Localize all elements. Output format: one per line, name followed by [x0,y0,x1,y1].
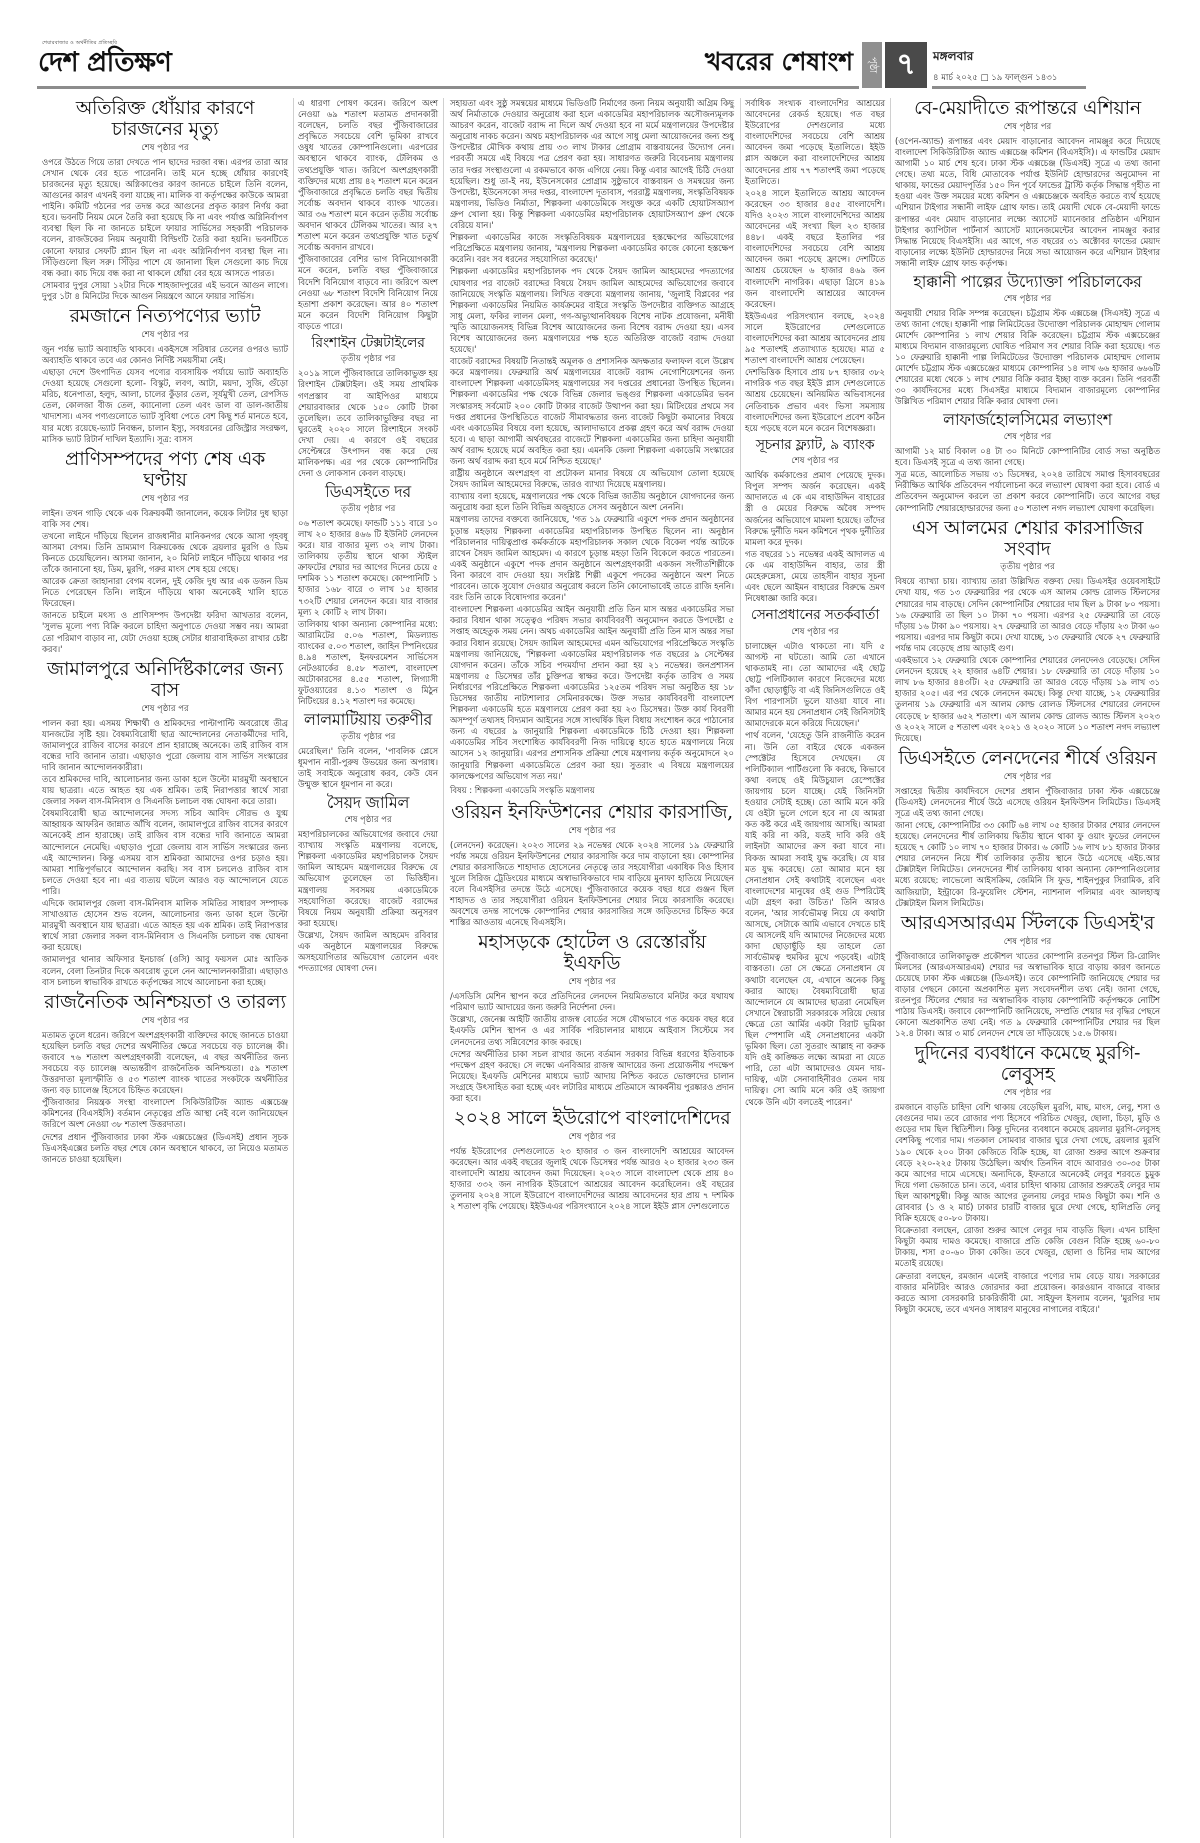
paragraph: মহাপরিচালকের অভিযোগের জবাবে দেয়া ব্যাখ্… [298,829,438,929]
paragraph: তখনো লাইনে দাঁড়িয়ে ছিলেন রাজধানীর মানি… [42,531,288,575]
article-body: বিষয়ে ব্যাখ্যা চায়। ব্যাখ্যায় তারা উল… [895,576,1160,743]
article-suchona-flat[interactable]: সূচনার ফ্ল্যাট, ৯ ব্যাংক শেষ পৃষ্ঠার পর … [745,438,885,605]
article-dse-top-orion[interactable]: ডিএসইতে লেনদেনের শীর্ষে ওরিয়ন শেষ পৃষ্ঠ… [895,748,1160,909]
jump-line: শেষ পৃষ্ঠার পর [450,975,734,989]
paragraph: জানা গেছে, কোম্পানিটির ৩৩ কোটি ৬৪ লাখ ০৫… [895,820,1160,909]
jump-line: শেষ পৃষ্ঠার পর [895,770,1160,784]
article-body: লাইন। তখন গাড়ি থেকে এক বিক্রয়কর্মী জান… [42,508,288,655]
article-body: পুঁজিবাজারে তালিকাভুক্ত প্রকৌশল খাতের কো… [895,951,1160,1040]
article-body: রমজানে বাড়তি চাহিদা বেশি থাকায় বেড়েছি… [895,1102,1160,1315]
paragraph: ইইউএএর পরিসংখ্যান বলছে, ২০২৪ সালে ইউরোপে… [745,311,885,366]
paragraph: চালাচ্ছেন এটাও থাকতো না। যদি ৫ আগস্ট না … [745,641,885,730]
paragraph: (লেনদেন) করেছেন। ২০২৩ সালের ২৯ নভেম্বর থ… [450,840,734,929]
headline[interactable]: ২০২৪ সালে ইউরোপে বাংলাদেশিদের [450,1108,734,1129]
headline[interactable]: সূচনার ফ্ল্যাট, ৯ ব্যাংক [745,438,885,453]
headline[interactable]: প্রাণিসম্পদের পণ্য শেষ এক ঘণ্টায় [42,449,288,491]
paragraph: সহায়তা এবং সুষ্ঠু সমন্বয়ের মাধ্যমে ভিড… [450,98,734,231]
dateline: মঙ্গলবার ৪ মার্চ ২০২৫ □ ১৯ ফাল্গুন ১৪৩১ [933,48,1057,85]
article-orion-manipulation[interactable]: ওরিয়ন ইনফিউশনের শেয়ার কারসাজি, শেষ পৃষ… [450,802,734,929]
jump-line: শেষ পৃষ্ঠার পর [745,625,885,639]
headline[interactable]: দুদিনের ব্যবধানে কমেছে মুরগি-লেবুসহ [895,1043,1160,1085]
article-ramadan-vat[interactable]: রমজানে নিত্যপণ্যের ভ্যাট শেষ পৃষ্ঠার পর … [42,306,288,445]
article-europe-asylum[interactable]: ২০২৪ সালে ইউরোপে বাংলাদেশিদের শেষ পৃষ্ঠা… [450,1108,734,1212]
article-body: অনুযায়ী শেয়ার বিক্রি সম্পন্ন করেছেন। চ… [895,308,1160,408]
article-political-uncertainty[interactable]: রাজনৈতিক অনিশ্চয়তা ও তারল্য শেষ পৃষ্ঠার… [42,992,288,1165]
article-body: আর্থিক কর্মকাণ্ডের প্রমাণ পেয়েছে দুদক। … [745,470,885,604]
jump-line: শেষ পৃষ্ঠার পর [895,292,1160,306]
paragraph: উল্লেখ্য, জেনেক্স আইটি জাতীয় রাজস্ব বোর… [450,1014,734,1047]
paragraph: এছাড়া দেশে উৎপাদিত যেসব পণ্যের ব্যবসায়… [42,367,288,445]
paragraph: ২০১৯ সালে পুঁজিবাজারে তালিকাভুক্ত হয় রি… [298,368,438,479]
subject-line: বিষয় : শিল্পকলা একাডেমি সংস্কৃতি মন্ত্র… [450,784,734,798]
article-rsrm-steel[interactable]: আরএসআরএম স্টিলকে ডিএসই'র শেষ পৃষ্ঠার পর … [895,913,1160,1040]
article-survey-continuation[interactable]: এ ধারণা পোষণ করেন। জরিপে অংশ নেওয়া ৬৯ শ… [298,98,438,332]
headline[interactable]: ওরিয়ন ইনফিউশনের শেয়ার কারসাজি, [450,802,734,823]
paragraph: ক্রেতারা বলছেন, রমজান এলেই বাজারে পণ্যের… [895,1271,1160,1315]
paragraph: এ ধারণা পোষণ করেন। জরিপে অংশ নেওয়া ৬৯ শ… [298,98,438,253]
jump-line: শেষ পৃষ্ঠার পর [895,430,1160,444]
column-divider [443,98,444,1838]
article-asian-tiger-fund[interactable]: বে-মেয়াদীতে রূপান্তরে এশিয়ান শেষ পৃষ্ঠ… [895,98,1160,269]
paragraph: সোমবার দুপুর সোয়া ১২টার দিকে শাহজাদপুরে… [42,280,288,302]
paragraph: সূত্র মতে, আলোচিত সভায় ৩১ ডিসেম্বর, ২০২… [895,469,1160,513]
paragraph: উল্লেখ্য, সৈয়দ জামিল আহমেদ রবিবার এক অন… [298,930,438,974]
paragraph: বাংলাদেশ শিল্পকলা একাডেমির আইন অনুযায়ী … [450,604,734,782]
article-livestock-products[interactable]: প্রাণিসম্পদের পণ্য শেষ এক ঘণ্টায় শেষ পৃ… [42,449,288,655]
page-number: ৭ [885,42,927,88]
article-body: মতামত তুলে ধরেন। জরিপে অংশগ্রহণকারী ব্যক… [42,1030,288,1165]
article-lafargeholcim-dividend[interactable]: লাফার্জহোলসিমের লভ্যাংশ শেষ পৃষ্ঠার পর আ… [895,411,1160,513]
jump-line: তৃতীয় পৃষ্ঠার পর [298,502,438,516]
paragraph: পুঁজিবাজার নিয়ন্ত্রক সংস্থা বাংলাদেশ সি… [42,1097,288,1130]
article-body: (ওপেন-অ্যান্ড) রূপান্তর এবং মেয়াদ বাড়া… [895,136,1160,269]
article-body: /এসডিসি মেশিন স্থাপন করে প্রতিদিনের লেনদ… [450,991,734,1104]
paragraph: রমজানে বাড়তি চাহিদা বেশি থাকায় বেড়েছি… [895,1102,1160,1224]
article-body: সহায়তা এবং সুষ্ঠু সমন্বয়ের মাধ্যমে ভিড… [450,98,734,782]
paragraph: পালন করা হয়। এসময় শিক্ষার্থী ও শ্রমিকদ… [42,718,288,773]
paragraph: রাষ্ট্রীয় অনুষ্ঠানে অংশগ্রহণ বা প্রটোকল… [450,468,734,490]
article-highway-efd[interactable]: মহাসড়কে হোটেল ও রেস্তোরাঁয় ইএফডি শেষ প… [450,932,734,1104]
article-body: (লেনদেন) করেছেন। ২০২৩ সালের ২৯ নভেম্বর থ… [450,840,734,929]
paragraph: জামালপুর থানার অফিসার ইনচার্জ (ওসি) আবু … [42,954,288,987]
paragraph: শিল্পকলা একাডেমির কাজে সংস্কৃতিবিষয়ক মন… [450,232,734,265]
article-europe-asylum-continued[interactable]: সর্বাধিক সংখ্যক বাংলাদেশির আশ্রয়ের আবেদ… [745,98,885,434]
headline[interactable]: রিংশাইন টেক্সটাইলের [298,336,438,351]
headline[interactable]: রমজানে নিত্যপণ্যের ভ্যাট [42,306,288,327]
jump-line: শেষ পৃষ্ঠার পর [42,702,288,716]
paragraph: বিক্রেতারা বলছেন, রোজা শুরুর আগে লেবুর দ… [895,1225,1160,1269]
column-1: অতিরিক্ত ধোঁয়ার কারণে চারজনের মৃত্যু শে… [42,98,288,1169]
paragraph: পুঁজিবাজারের বেশির ভাগ বিনিয়োগকারী মনে … [298,254,438,332]
paragraph: মন্ত্রণালয় তাদের বক্তব্যে জানিয়েছে, 'গ… [450,514,734,603]
paragraph: তবে শ্রমিকদের দাবি, আলোচনার জন্য ডাকা হল… [42,774,288,807]
article-lalmatia-woman[interactable]: লালমাটিয়ায় তরুণীর তৃতীয় পৃষ্ঠার পর মে… [298,711,438,790]
paragraph: বিষয়ে ব্যাখ্যা চায়। ব্যাখ্যায় তারা উল… [895,576,1160,654]
article-body: ওপরে উঠতে গিয়ে তারা দেখতে পান ছাদের দরজ… [42,157,288,302]
headline[interactable]: সেনাপ্রধানের সতর্কবার্তা [745,608,885,623]
headline[interactable]: ডিএসইতে দর [298,483,438,501]
headline[interactable]: বে-মেয়াদীতে রূপান্তরে এশিয়ান [895,98,1160,119]
article-body: ২০১৯ সালে পুঁজিবাজারে তালিকাভুক্ত হয় রি… [298,368,438,479]
article-s-alam-manipulation[interactable]: এস আলমের শেয়ার কারসাজির সংবাদ তৃতীয় পৃ… [895,518,1160,744]
paragraph: মতামত তুলে ধরেন। জরিপে অংশগ্রহণকারী ব্যক… [42,1030,288,1097]
headline[interactable]: এস আলমের শেয়ার কারসাজির সংবাদ [895,518,1160,560]
headline[interactable]: রাজনৈতিক অনিশ্চয়তা ও তারল্য [42,992,288,1013]
headline[interactable]: আরএসআরএম স্টিলকে ডিএসই'র [895,913,1160,934]
paragraph: ওপরে উঠতে গিয়ে তারা দেখতে পান ছাদের দরজ… [42,157,288,279]
column-3: সহায়তা এবং সুষ্ঠু সমন্বয়ের মাধ্যমে ভিড… [450,98,734,1217]
weekday: মঙ্গলবার [933,48,1057,68]
article-chicken-lemon-prices[interactable]: দুদিনের ব্যবধানে কমেছে মুরগি-লেবুসহ শেষ … [895,1043,1160,1315]
headline[interactable]: সৈয়দ জামিল [298,794,438,812]
jump-line: তৃতীয় পৃষ্ঠার পর [298,352,438,366]
headline[interactable]: লালমাটিয়ায় তরুণীর [298,711,438,729]
page-word-label: পৃষ্ঠা [862,42,882,88]
paragraph: সর্বাধিক সংখ্যক বাংলাদেশির আশ্রয়ের আবেদ… [745,98,885,187]
article-syed-jamil[interactable]: সৈয়দ জামিল শেষ পৃষ্ঠার পর মহাপরিচালকের … [298,794,438,974]
paragraph: এদিকে জামালপুর জেলা বাস-মিনিবাস মালিক সম… [42,898,288,953]
jump-line: শেষ পৃষ্ঠার পর [745,454,885,468]
jump-line: শেষ পৃষ্ঠার পর [42,328,288,342]
article-body: এ ধারণা পোষণ করেন। জরিপে অংশ নেওয়া ৬৯ শ… [298,98,438,332]
headline[interactable]: জামালপুরে অনির্দিষ্টকালের জন্য বাস [42,659,288,701]
column-divider [293,98,294,1838]
column-divider [740,98,741,1838]
paragraph: একইভাবে ১২ ফেব্রুয়ারি থেকে কোম্পানির শে… [895,655,1160,744]
headline[interactable]: ডিএসইতে লেনদেনের শীর্ষে ওরিয়ন [895,748,1160,769]
paragraph: জুন পর্যন্ত ভ্যাট অব্যাহতি থাকবে। একইসঙ্… [42,344,288,366]
jump-line: শেষ পৃষ্ঠার পর [42,1014,288,1028]
column-2: এ ধারণা পোষণ করেন। জরিপে অংশ নেওয়া ৬৯ শ… [298,98,438,978]
column-4: সর্বাধিক সংখ্যক বাংলাদেশির আশ্রয়ের আবেদ… [745,98,885,1112]
section-title: খবরের শেষাংশ [600,42,853,85]
article-body: সপ্তাহের দ্বিতীয় কার্যদিবসে দেশের প্রধা… [895,786,1160,909]
paragraph: গত বছরের ১১ নভেম্বর একই আদালত এ কে এম বা… [745,549,885,604]
jump-line: তৃতীয় পৃষ্ঠার পর [298,730,438,744]
paragraph: লাইন। তখন গাড়ি থেকে এক বিক্রয়কর্মী জান… [42,508,288,530]
article-body: পালন করা হয়। এসময় শিক্ষার্থী ও শ্রমিকদ… [42,718,288,988]
headline[interactable]: লাফার্জহোলসিমের লভ্যাংশ [895,411,1160,429]
logo-block: শেয়ারবাজার ও অর্থনীতির প্রতিচ্ছবি দেশ প… [38,40,171,78]
paragraph: সপ্তাহের দ্বিতীয় কার্যদিবসে দেশের প্রধা… [895,786,1160,819]
jump-line: শেষ পৃষ্ঠার পর [42,492,288,506]
jump-line: শেষ পৃষ্ঠার পর [450,824,734,838]
masthead-rule-right [932,86,1086,89]
jump-line: শেষ পৃষ্ঠার পর [42,141,288,155]
paragraph: বৈষম্যবিরোধী ছাত্র আন্দোলনের সদস্য সচিব … [42,808,288,897]
article-ringshine-textile[interactable]: রিংশাইন টেক্সটাইলের তৃতীয় পৃষ্ঠার পর ২০… [298,336,438,479]
jump-line: শেষ পৃষ্ঠার পর [298,813,438,827]
paragraph: আর্থিক কর্মকাণ্ডের প্রমাণ পেয়েছে দুদক। … [745,470,885,548]
jump-line: শেষ পৃষ্ঠার পর [895,120,1160,134]
paragraph: পুঁজিবাজারে তালিকাভুক্ত প্রকৌশল খাতের কো… [895,951,1160,1040]
article-hakkani-pulp[interactable]: হাক্কানী পাল্পের উদ্যোক্তা পরিচালকের শেষ… [895,273,1160,407]
paragraph: দেশভিত্তিক হিসাবে প্রায় ৮৭ হাজার ৩৮২ না… [745,367,885,434]
article-body: আগামী ১২ মার্চ বিকাল ০৪ টা ৩০ মিনিটে কোম… [895,446,1160,514]
headline[interactable]: হাক্কানী পাল্পের উদ্যোক্তা পরিচালকের [895,273,1160,291]
paragraph: আগামী ১২ মার্চ বিকাল ০৪ টা ৩০ মিনিটে কোম… [895,446,1160,468]
jump-line: তৃতীয় পৃষ্ঠার পর [895,560,1160,574]
jump-line: শেষ পৃষ্ঠার পর [895,935,1160,949]
jump-line: শেষ পৃষ্ঠার পর [895,1086,1160,1100]
paragraph: জানতে চাইলে মৎস্য ও প্রাণিসম্পদ উপদেষ্টা… [42,610,288,654]
article-dse-price[interactable]: ডিএসইতে দর তৃতীয় পৃষ্ঠার পর ০৬ শতাংশ কম… [298,483,438,707]
paragraph: ব্যাখ্যায় বলা হয়েছে, মন্ত্রণালয়ের পক্… [450,491,734,513]
paragraph: (ওপেন-অ্যান্ড) রূপান্তর এবং মেয়াদ বাড়া… [895,136,1160,269]
article-body: ০৬ শতাংশ কমেছে। ফান্ডটি ১১১ বারে ১০ লাখ … [298,518,438,708]
article-body: সর্বাধিক সংখ্যক বাংলাদেশির আশ্রয়ের আবেদ… [745,98,885,434]
article-army-chief-warning[interactable]: সেনাপ্রধানের সতর্কবার্তা শেষ পৃষ্ঠার পর … [745,608,885,1107]
paragraph: পার্থ বলেন, 'যেহেতু উনি রাজনীতি করেন না।… [745,730,885,1107]
jump-line: শেষ পৃষ্ঠার পর [450,1130,734,1144]
headline[interactable]: অতিরিক্ত ধোঁয়ার কারণে চারজনের মৃত্যু [42,98,288,140]
article-body: চালাচ্ছেন এটাও থাকতো না। যদি ৫ আগস্ট না … [745,641,885,1108]
paragraph: ২০২৪ সালে ইতালিতে আশ্রয় আবেদন করেছেন ৩৩… [745,188,885,310]
article-body: মহাপরিচালকের অভিযোগের জবাবে দেয়া ব্যাখ্… [298,829,438,974]
column-divider [890,98,891,1838]
headline[interactable]: মহাসড়কে হোটেল ও রেস্তোরাঁয় ইএফডি [450,932,734,974]
masthead-rule [37,86,859,89]
column-5: বে-মেয়াদীতে রূপান্তরে এশিয়ান শেষ পৃষ্ঠ… [895,98,1160,1319]
paragraph: ০৬ শতাংশ কমেছে। ফান্ডটি ১১১ বারে ১০ লাখ … [298,518,438,618]
article-shilpakala-ministry[interactable]: সহায়তা এবং সুষ্ঠু সমন্বয়ের মাধ্যমে ভিড… [450,98,734,798]
paragraph: দেশের প্রধান পুঁজিবাজার ঢাকা স্টক এক্সচে… [42,1132,288,1165]
paragraph: তালিকায় থাকা অন্যান্য কোম্পানির মধ্যে: … [298,619,438,708]
paragraph: মেরেছিল।' তিনি বলেন, 'পাবলিক প্লেসে ধূমপ… [298,746,438,790]
paragraph: অনুযায়ী শেয়ার বিক্রি সম্পন্ন করেছেন। চ… [895,308,1160,408]
article-jamalpur-bus[interactable]: জামালপুরে অনির্দিষ্টকালের জন্য বাস শেষ প… [42,659,288,988]
paragraph: শিল্পকলা একাডেমির মহাপরিচালক পদ থেকে সৈয… [450,266,734,355]
paragraph: আরেক ক্রেতা জাহানারা বেগম বলেন, দুই কেজি… [42,576,288,609]
paragraph: /এসডিসি মেশিন স্থাপন করে প্রতিদিনের লেনদ… [450,991,734,1013]
article-body: মেরেছিল।' তিনি বলেন, 'পাবলিক প্লেসে ধূমপ… [298,746,438,790]
article-smoke-deaths[interactable]: অতিরিক্ত ধোঁয়ার কারণে চারজনের মৃত্যু শে… [42,98,288,302]
paragraph: পর্যন্ত ইউরোপের দেশগুলোতে ২৩ হাজার ৩ জন … [450,1146,734,1213]
paragraph: দেশের অর্থনীতির চাকা সচল রাখার জন্যে বর্… [450,1049,734,1104]
newspaper-logo[interactable]: দেশ প্রতিক্ষণ [38,48,171,78]
paragraph: বাজেট বরাদ্দের বিষয়টি নিতান্তই অমূলক ও … [450,356,734,467]
date: ৪ মার্চ ২০২৫ □ ১৯ ফাল্গুন ১৪৩১ [933,71,1057,85]
article-body: পর্যন্ত ইউরোপের দেশগুলোতে ২৩ হাজার ৩ জন … [450,1146,734,1213]
masthead: শেয়ারবাজার ও অর্থনীতির প্রতিচ্ছবি দেশ প… [0,0,1200,92]
article-body: জুন পর্যন্ত ভ্যাট অব্যাহতি থাকবে। একইসঙ্… [42,344,288,445]
